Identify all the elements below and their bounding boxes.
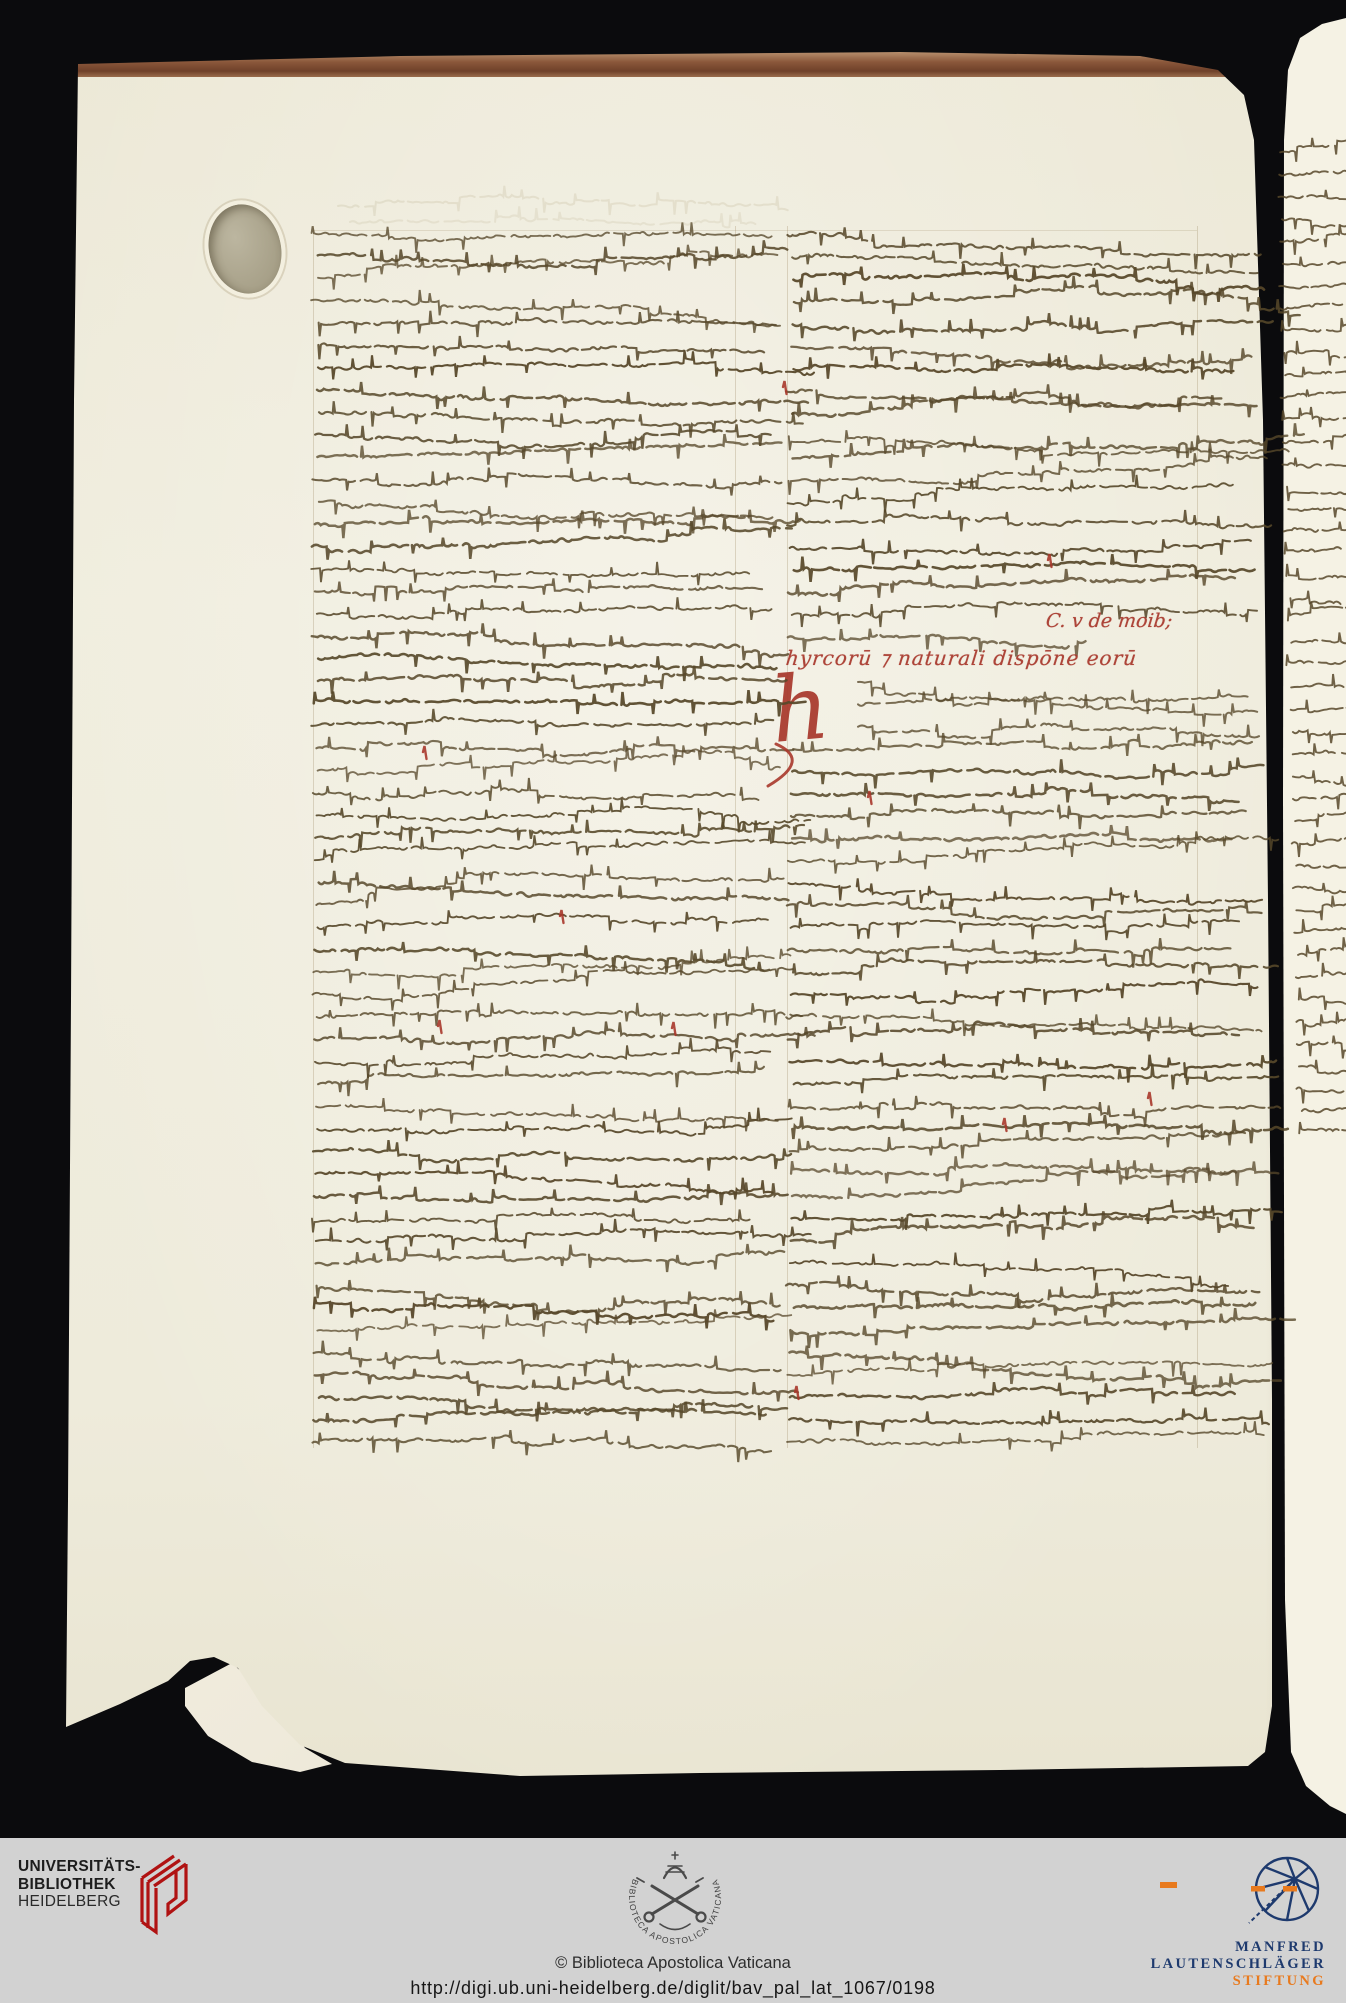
vatican-copyright: © Biblioteca Apostolica Vaticana <box>0 1954 1346 1973</box>
ub-heidelberg-logo: UNIVERSITÄTS- BIBLIOTHEK HEIDELBERG <box>18 1858 141 1911</box>
vatican-seal-icon: BIBLIOTECA APOSTOLICA VATICANA <box>598 1842 752 1950</box>
rubric-chapter-ref: C. v de moib; <box>1045 610 1174 632</box>
manuscript-scan: h C. v de moib; hyrcorū ⁊ naturali dispō… <box>0 0 1346 2003</box>
ml-line2: LAUTENSCHLÄGER <box>1151 1956 1326 1973</box>
ml-line3: STIFTUNG <box>1151 1973 1326 1990</box>
ml-line1: MANFRED <box>1151 1939 1326 1956</box>
rubric-initial: h <box>767 654 834 764</box>
handwriting-layer: h <box>0 0 1346 2003</box>
footer-bar: UNIVERSITÄTS- BIBLIOTHEK HEIDELBERG <box>0 1838 1346 2003</box>
svg-text:BIBLIOTECA APOSTOLICA VATICANA: BIBLIOTECA APOSTOLICA VATICANA <box>627 1877 723 1946</box>
ub-line3: HEIDELBERG <box>18 1893 141 1911</box>
ub-book-icon <box>130 1844 196 1936</box>
ub-line2: BIBLIOTHEK <box>18 1876 141 1894</box>
ml-dash-icon <box>1160 1882 1177 1888</box>
rubric-heading: hyrcorū ⁊ naturali dispōne eorū <box>785 646 1139 670</box>
source-url: http://digi.ub.uni-heidelberg.de/diglit/… <box>0 1978 1346 1999</box>
ub-line1: UNIVERSITÄTS- <box>18 1858 141 1876</box>
ml-stiftung-logo: MANFRED LAUTENSCHLÄGER STIFTUNG <box>1151 1939 1326 1990</box>
vatican-seal-text: BIBLIOTECA APOSTOLICA VATICANA <box>627 1877 723 1946</box>
ml-globe-icon <box>1244 1846 1330 1932</box>
